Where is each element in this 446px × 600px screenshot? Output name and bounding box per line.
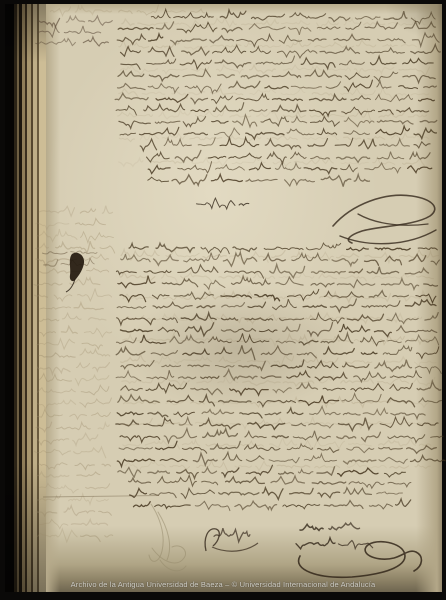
notary-rubric [333, 195, 436, 243]
photo-caption: Archivo de la Antigua Universidad de Bae… [0, 579, 446, 590]
witness-signature [205, 528, 258, 551]
rector-signature [296, 523, 421, 577]
manuscript-photo-frame: Archivo de la Antigua Universidad de Bae… [0, 0, 446, 600]
section-top-faint-line [51, 5, 205, 16]
pencil-flourish [149, 504, 186, 571]
section-closing-lines [129, 475, 411, 510]
section-ante-mi-line [196, 198, 248, 209]
handwriting-layer [0, 0, 446, 600]
section-margin-notes-top [36, 16, 113, 46]
